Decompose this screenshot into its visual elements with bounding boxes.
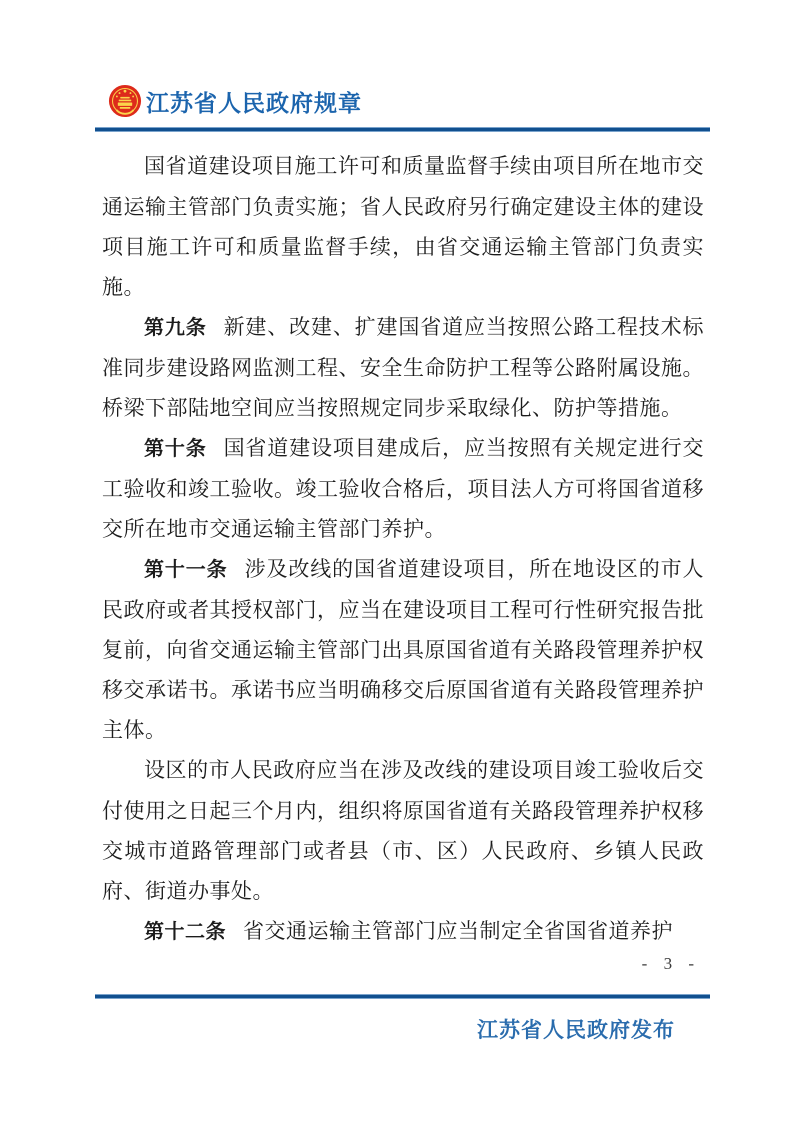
article-number: 第十条 [144, 438, 207, 460]
article-number: 第十一条 [144, 559, 228, 581]
paragraph: 第十条国省道建设项目建成后，应当按照有关规定进行交工验收和竣工验收。竣工验收合格… [102, 428, 704, 549]
article-number: 第九条 [144, 317, 207, 339]
paragraph-text: 涉及改线的国省道建设项目，所在地设区的市人民政府或者其授权部门，应当在建设项目工… [102, 557, 704, 742]
paragraph: 设区的市人民政府应当在涉及改线的建设项目竣工验收后交付使用之日起三个月内，组织将… [102, 750, 704, 911]
paragraph: 第九条新建、改建、扩建国省道应当按照公路工程技术标准同步建设路网监测工程、安全生… [102, 307, 704, 428]
document-page: 江苏省人民政府规章 国省道建设项目施工许可和质量监督手续由项目所在地市交通运输主… [0, 0, 800, 1132]
document-header: 江苏省人民政府规章 [108, 84, 710, 118]
publisher-label: 江苏省人民政府发布 [477, 1014, 675, 1044]
paragraph-text: 省交通运输主管部门应当制定全省国省道养护 [243, 919, 673, 943]
page-number: - 3 - [642, 954, 700, 974]
paragraph: 第十一条涉及改线的国省道建设项目，所在地设区的市人民政府或者其授权部门，应当在建… [102, 549, 704, 750]
article-number: 第十二条 [144, 921, 226, 943]
document-body: 国省道建设项目施工许可和质量监督手续由项目所在地市交通运输主管部门负责实施；省人… [102, 146, 704, 952]
paragraph-text: 国省道建设项目施工许可和质量监督手续由项目所在地市交通运输主管部门负责实施；省人… [102, 154, 704, 299]
paragraph: 第十二条省交通运输主管部门应当制定全省国省道养护 [102, 911, 704, 952]
paragraph: 国省道建设项目施工许可和质量监督手续由项目所在地市交通运输主管部门负责实施；省人… [102, 146, 704, 307]
paragraph-text: 设区的市人民政府应当在涉及改线的建设项目竣工验收后交付使用之日起三个月内，组织将… [102, 758, 704, 903]
china-national-emblem-icon [108, 84, 142, 118]
footer-divider [95, 994, 710, 999]
page-title: 江苏省人民政府规章 [146, 85, 362, 118]
header-divider [95, 127, 710, 132]
